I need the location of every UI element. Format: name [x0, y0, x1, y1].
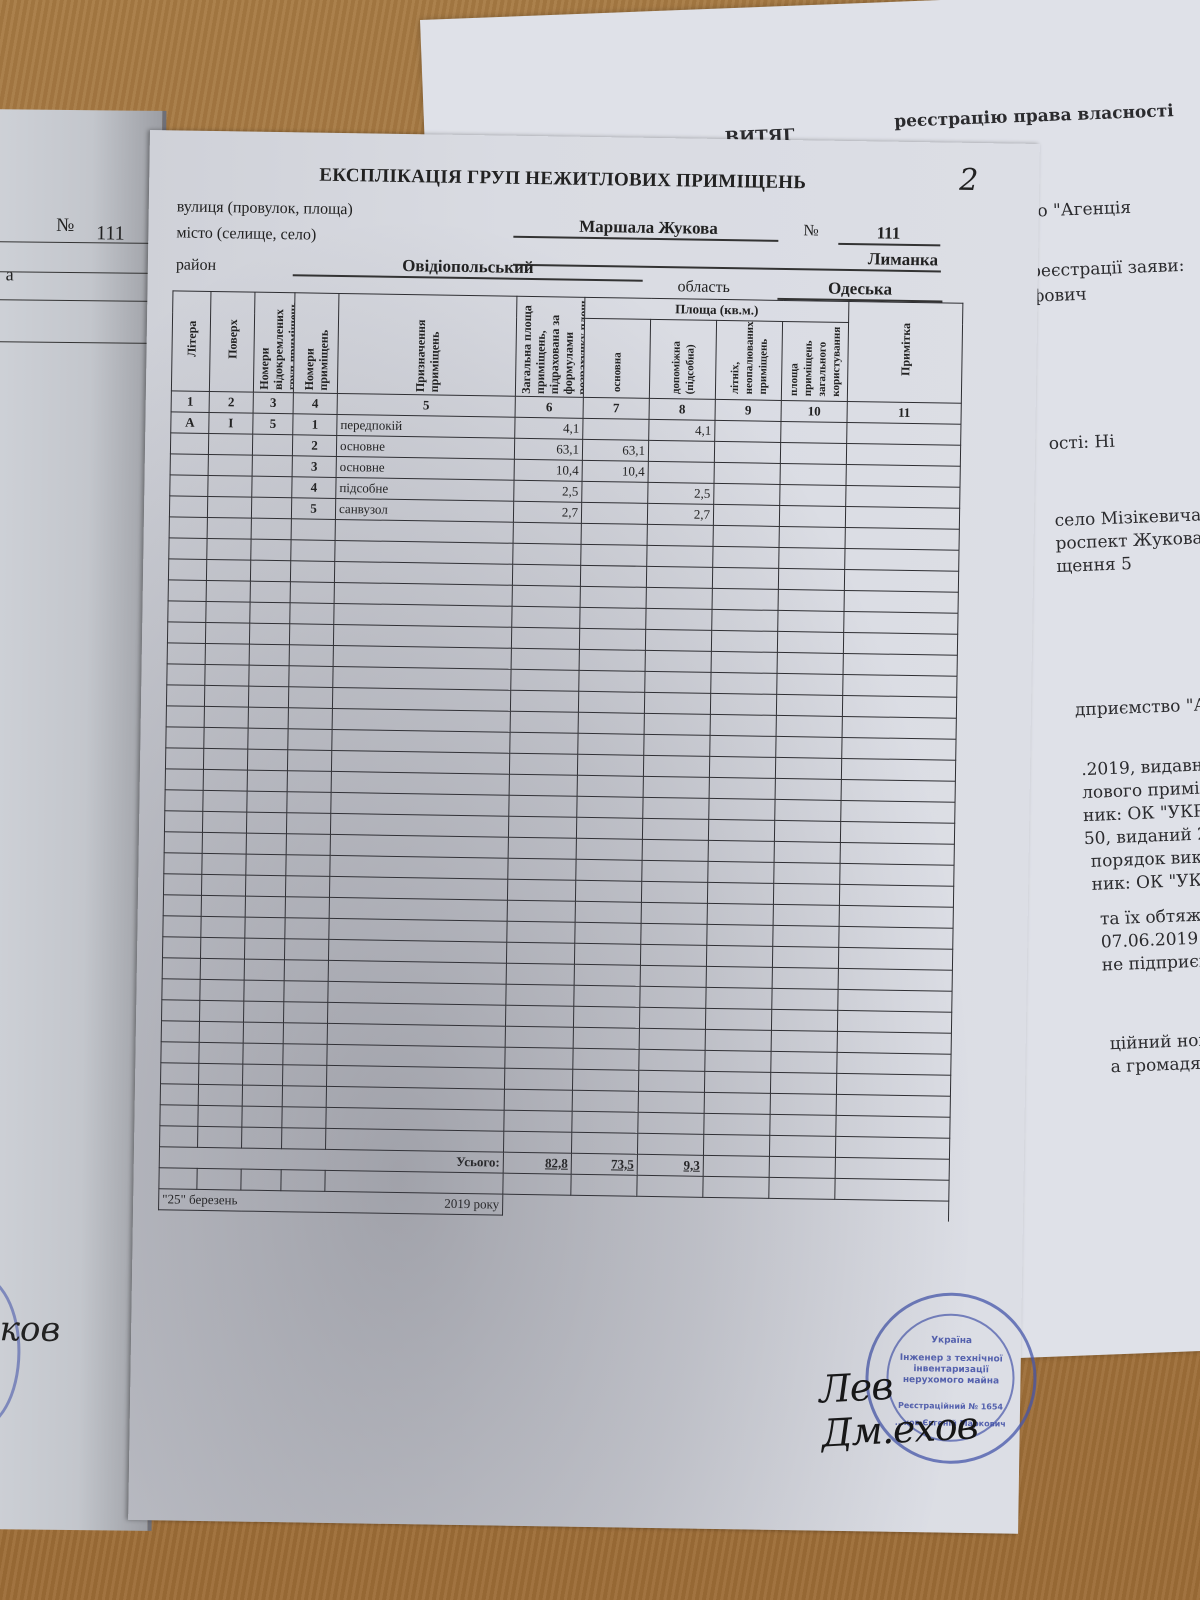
- cell-main: [583, 418, 649, 440]
- cell-litera: [169, 496, 207, 518]
- cell-common: [780, 442, 846, 464]
- extract-line: та їх обтяжень (з: [1100, 904, 1200, 930]
- region-label: область: [677, 278, 729, 297]
- cell-floor: [208, 475, 252, 497]
- number-underline: [838, 243, 940, 246]
- explication-form: ЕКСПЛІКАЦІЯ ГРУП НЕЖИТЛОВИХ ПРИМІЩЕНЬ 2 …: [128, 130, 1040, 1534]
- left-signature: ков: [0, 1309, 60, 1350]
- extract-line: ник: ОК "УКРАЇНА: [1083, 800, 1200, 826]
- extract-heading-2: реєстрацію права власності: [894, 101, 1174, 132]
- cell-aux: [648, 440, 714, 462]
- left-fragment: а: [6, 264, 14, 285]
- extract-line: .2019, видавник: О: [1081, 754, 1200, 780]
- cell-room: 5: [291, 498, 335, 520]
- extract-line: во "Агенція: [1027, 198, 1131, 222]
- region-value: Одеська: [777, 278, 942, 301]
- header-note: Примітка: [847, 301, 963, 403]
- left-underline: [0, 299, 155, 302]
- handwritten-page-number: 2: [959, 163, 979, 198]
- cell-common: [781, 421, 847, 443]
- header-group-numbers: Номери відокремлених груп приміщень: [253, 292, 295, 392]
- extract-line: дприємство "Аген: [1075, 694, 1200, 720]
- cell-purpose: передпокій: [337, 414, 515, 438]
- cell-floor: [208, 433, 252, 455]
- cell-room: 2: [292, 435, 336, 457]
- cell-summer: [715, 420, 781, 442]
- date-year: 2019 року: [325, 1191, 503, 1215]
- cell-total: 10,4: [514, 459, 582, 481]
- cell-total: 2,7: [513, 501, 581, 523]
- cell-group: 5: [253, 413, 293, 435]
- cell-aux: 2,7: [647, 503, 713, 525]
- street-label: вулиця (провулок, площа): [177, 198, 353, 219]
- number-value: 111: [838, 223, 938, 245]
- number-label: №: [803, 222, 819, 240]
- cell-total: 63,1: [514, 438, 582, 460]
- extract-line: ник: ОК "УКРАЇН: [1091, 869, 1200, 895]
- cell-floor: [208, 454, 252, 476]
- cell-main: [582, 481, 648, 503]
- header-floor: Поверх: [209, 291, 255, 392]
- left-number-sign: №: [56, 215, 74, 237]
- extract-line: фович: [1031, 285, 1087, 307]
- cell-room: 1: [293, 414, 337, 436]
- cell-litera: А: [171, 412, 209, 434]
- column-number: 5: [337, 393, 515, 417]
- total-aux: 9,3: [637, 1154, 703, 1176]
- extract-line: лового приміщення: [1082, 776, 1200, 803]
- cell-common: [780, 484, 846, 506]
- total-total: 82,8: [503, 1152, 571, 1174]
- table-body: 1 2 3 4 5 6 7 8 9 10 11 АІ51передпокій4,…: [159, 391, 962, 1222]
- district-label: район: [176, 256, 217, 275]
- cell-aux: 4,1: [649, 419, 715, 441]
- city-label: місто (селище, село): [176, 224, 316, 244]
- cell-aux: 2,5: [648, 482, 714, 504]
- cell-common: [780, 463, 846, 485]
- cell-main: [581, 502, 647, 524]
- cell-total: 2,5: [514, 480, 582, 502]
- column-number: 11: [847, 401, 961, 424]
- total-main: 73,5: [571, 1153, 637, 1175]
- cell-note: [846, 485, 960, 508]
- cell-group: [252, 476, 292, 498]
- extract-line: ості: Ні: [1048, 432, 1115, 455]
- header-common-use: площа приміщень загального користування: [781, 321, 848, 401]
- extract-line: 50, виданий 25.03.: [1084, 823, 1200, 849]
- extract-line: реєстрації заяви:: [1030, 256, 1185, 282]
- column-number: 9: [715, 399, 781, 421]
- left-underline: [0, 271, 156, 274]
- cell-floor: [207, 496, 251, 518]
- cell-summer: [714, 441, 780, 463]
- cell-purpose: санвузол: [335, 498, 513, 522]
- cell-summer: [714, 462, 780, 484]
- column-number: 4: [293, 393, 337, 415]
- header-room-numbers: Номери приміщень: [293, 293, 339, 394]
- column-number: 3: [253, 392, 293, 414]
- left-stamp-icon: [0, 1274, 21, 1431]
- left-underline: [0, 341, 155, 344]
- column-number: 1: [171, 391, 209, 413]
- cell-purpose: основне: [336, 456, 514, 480]
- cell-summer: [713, 504, 779, 526]
- explication-table: Літера Поверх Номери відокремлених груп …: [158, 290, 963, 1222]
- column-number: 6: [515, 396, 583, 418]
- header-auxiliary: допоміжна (підсобна): [649, 319, 716, 399]
- cell-main: 63,1: [582, 439, 648, 461]
- extract-line: роспект Жукова: [1055, 528, 1200, 554]
- cell-room: 4: [292, 477, 336, 499]
- cell-main: 10,4: [582, 460, 648, 482]
- cell-litera: [170, 433, 208, 455]
- cell-note: [846, 464, 960, 487]
- cell-note: [845, 506, 959, 529]
- cell-total: 4,1: [515, 417, 583, 439]
- date-day-month: "25" березень: [159, 1189, 325, 1213]
- cell-common: [779, 505, 845, 527]
- extract-line: а громадянства:: [1110, 1052, 1200, 1078]
- extract-line: порядок викупу п: [1090, 846, 1200, 872]
- cell-purpose: підсобне: [336, 477, 514, 501]
- left-underline: [0, 241, 156, 244]
- header-purpose: Призначення приміщень: [337, 293, 517, 396]
- cell-floor: І: [209, 412, 253, 434]
- signature: Лев Дм.ехов: [818, 1357, 1022, 1456]
- header-main: основна: [583, 318, 650, 398]
- cell-summer: [714, 483, 780, 505]
- cell-group: [251, 497, 291, 519]
- header-summer: літніх, неопалюваних приміщень: [715, 320, 782, 400]
- cell-litera: [170, 454, 208, 476]
- column-number: 10: [781, 400, 847, 422]
- cell-group: [252, 434, 292, 456]
- form-title: ЕКСПЛІКАЦІЯ ГРУП НЕЖИТЛОВИХ ПРИМІЩЕНЬ: [319, 165, 806, 195]
- column-number: 8: [649, 398, 715, 420]
- cell-aux: [648, 461, 714, 483]
- cell-purpose: основне: [336, 435, 514, 459]
- column-number: 2: [209, 391, 253, 413]
- extract-line: щення 5: [1056, 554, 1132, 577]
- cell-litera: [170, 475, 208, 497]
- cell-note: [846, 443, 960, 466]
- column-number: 7: [583, 397, 649, 419]
- extract-line: село Мізікевича),: [1054, 505, 1200, 531]
- cell-group: [252, 455, 292, 477]
- header-litera: Літера: [171, 291, 211, 391]
- extract-line: 07.06.2019 16:49: [1101, 927, 1200, 953]
- extract-line: не підприємство ": [1101, 949, 1200, 975]
- cell-room: 3: [292, 456, 336, 478]
- extract-line: ційний номер об: [1109, 1029, 1200, 1055]
- header-total-area: Загальна площа приміщень, підрахована за…: [515, 296, 585, 397]
- cell-note: [847, 422, 961, 445]
